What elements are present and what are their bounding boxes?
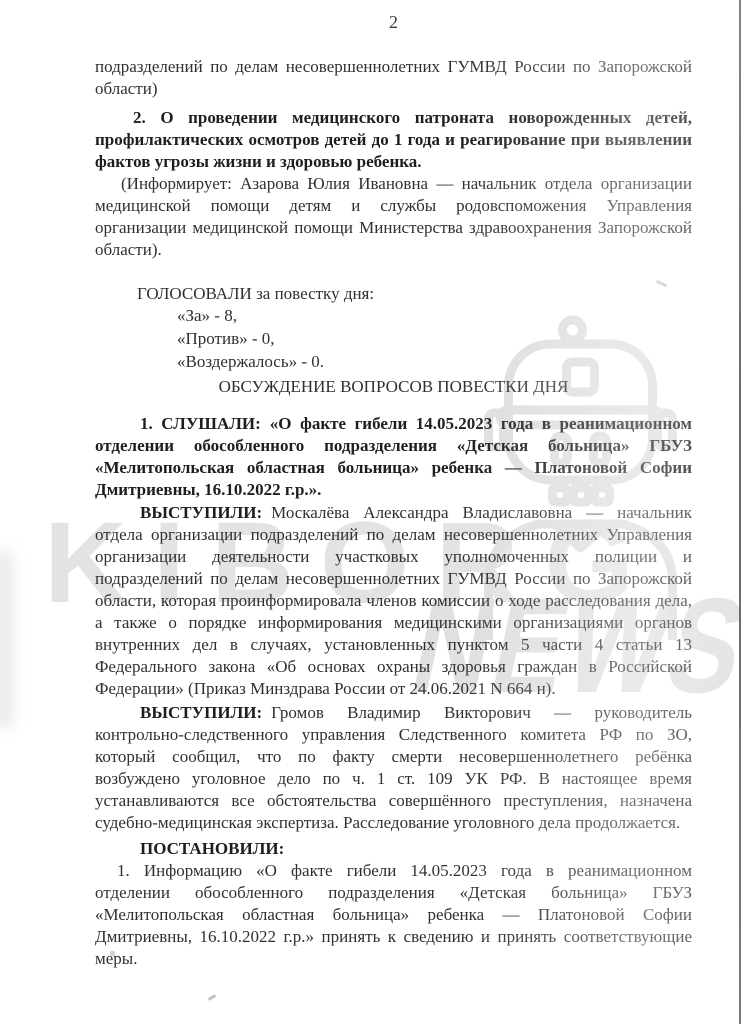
vote-for: «За» - 8,	[95, 304, 692, 327]
paragraph-continuation: подразделений по делам несовершеннолетни…	[95, 56, 692, 100]
agenda-item-2-informer: (Информирует: Азарова Юлия Ивановна — на…	[95, 173, 692, 261]
scan-edge-line	[739, 0, 741, 1024]
scan-speck	[208, 994, 216, 1001]
voting-title: ГОЛОСОВАЛИ за повестку дня:	[95, 283, 692, 305]
vote-abstained: «Воздержалось» - 0.	[95, 350, 692, 373]
slushali-label: 1. СЛУШАЛИ:	[140, 414, 261, 433]
agenda-item-2: 2. О проведении медицинского патроната н…	[95, 107, 692, 173]
vystupili-gromov-paragraph: ВЫСТУПИЛИ:Громов Владимир Викторович — р…	[95, 702, 692, 834]
vystupili-text: Громов Владимир Викторович — руководител…	[95, 703, 692, 832]
slushali-paragraph: 1. СЛУШАЛИ:«О факте гибели 14.05.2023 го…	[95, 413, 692, 501]
scan-smudge	[0, 552, 12, 727]
vystupili-label: ВЫСТУПИЛИ:	[140, 503, 262, 522]
vote-against: «Против» - 0,	[95, 327, 692, 350]
vystupili-moskaleva-paragraph: ВЫСТУПИЛИ:Москалёва Александра Владислав…	[95, 502, 692, 700]
voting-results: «За» - 8, «Против» - 0, «Воздержалось» -…	[95, 304, 692, 373]
vystupili-text: Москалёва Александра Владиславовна — нач…	[95, 503, 692, 698]
postanovili-heading: ПОСТАНОВИЛИ:	[95, 838, 692, 860]
page-number: 2	[95, 12, 692, 33]
section-heading: ОБСУЖДЕНИЕ ВОПРОСОВ ПОВЕСТКИ ДНЯ	[95, 376, 692, 398]
postanovili-item-1: 1. Информацию «О факте гибели 14.05.2023…	[95, 860, 692, 970]
vystupili-label: ВЫСТУПИЛИ:	[140, 703, 262, 722]
document-page: KIBORG NEWS 2 подразделений по делам нес…	[0, 0, 744, 1024]
